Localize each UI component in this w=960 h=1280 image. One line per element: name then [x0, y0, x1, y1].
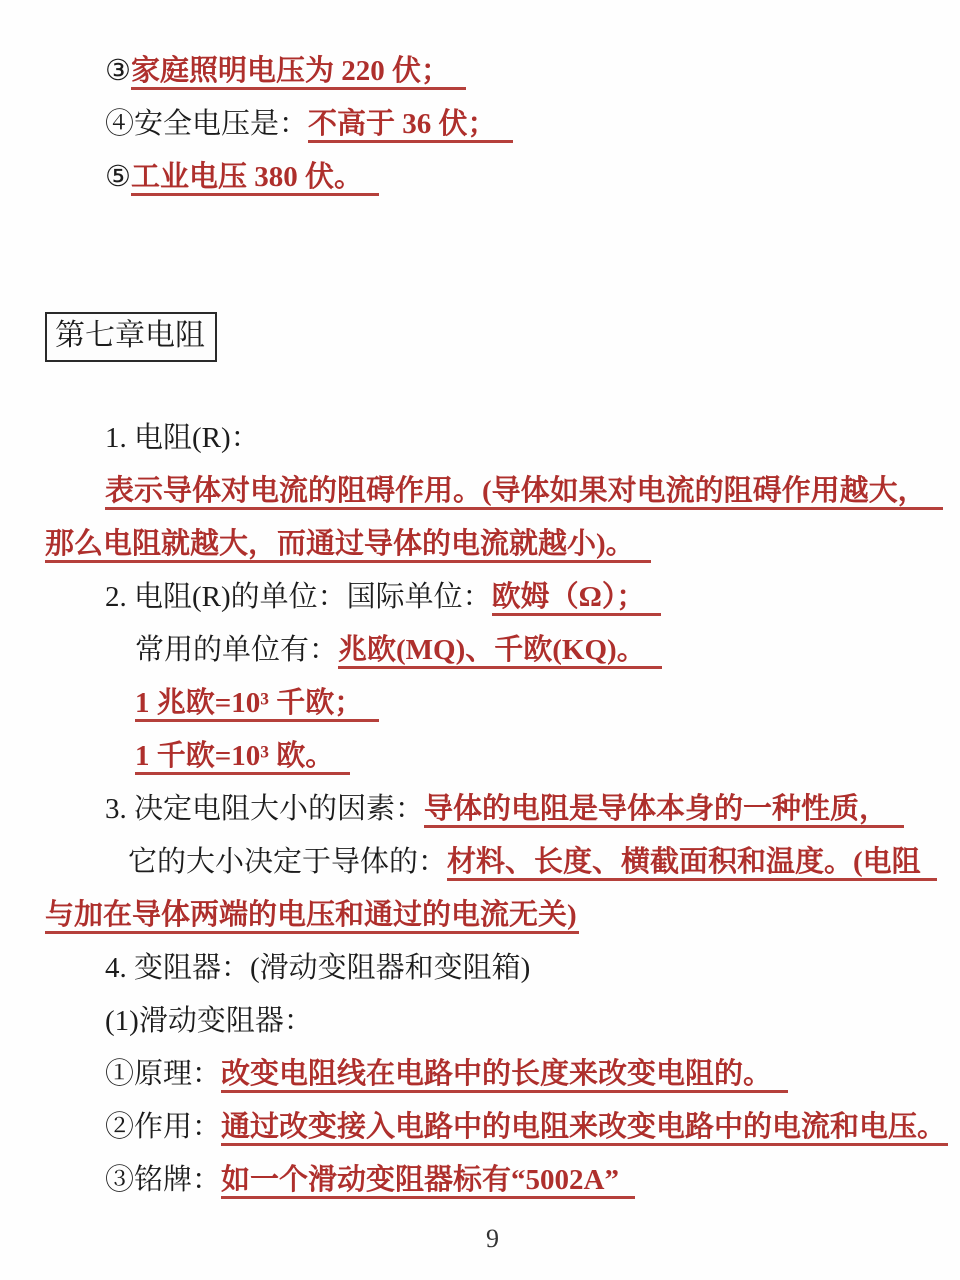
note-line-megohm-conversion: 1 兆欧=10³ 千欧；: [135, 677, 940, 730]
note-line-resistance-factors-1: 3. 决定电阻大小的因素：导体的电阻是导体本身的一种性质，: [105, 783, 940, 836]
note-line-home-voltage: ③家庭照明电压为 220 伏；: [105, 45, 940, 98]
line-answer-underlined: 1 千欧=10³ 欧。: [135, 740, 350, 775]
line-answer-underlined: 与加在导体两端的电压和通过的电流无关): [45, 899, 579, 934]
line-answer-underlined: 导体的电阻是导体本身的一种性质，: [424, 793, 904, 828]
line-answer-underlined: 通过改变接入电路中的电阻来改变电路中的电流和电压。: [221, 1111, 948, 1146]
note-line-safe-voltage: ④安全电压是：不高于 36 伏；: [105, 98, 940, 151]
line-label: ⑤: [105, 161, 131, 193]
line-answer-underlined: 欧姆（Ω）；: [492, 581, 662, 616]
note-line-resistance-def-2: 那么电阻就越大，而通过导体的电流就越小)。: [45, 518, 940, 571]
section-spacer: [45, 204, 940, 312]
line-label: 1. 电阻(R)：: [105, 422, 260, 454]
line-label: 它的大小决定于导体的：: [128, 846, 447, 878]
line-answer-underlined: 家庭照明电压为 220 伏；: [131, 55, 466, 90]
chapter-title-box: 第七章电阻: [45, 312, 217, 362]
line-answer-underlined: 表示导体对电流的阻碍作用。(导体如果对电流的阻碍作用越大，: [105, 475, 943, 510]
note-line-rheostat-principle: ①原理：改变电阻线在电路中的长度来改变电阻的。: [105, 1048, 940, 1101]
line-label: ②作用：: [105, 1111, 221, 1143]
line-answer-underlined: 兆欧(MQ)、千欧(KQ)。: [338, 634, 662, 669]
line-answer-underlined: 如一个滑动变阻器标有“5002A”: [221, 1164, 635, 1199]
line-label: 2. 电阻(R)的单位：国际单位：: [105, 581, 492, 613]
line-label: ④安全电压是：: [105, 108, 308, 140]
note-line-resistance-def-1: 表示导体对电流的阻碍作用。(导体如果对电流的阻碍作用越大，: [105, 465, 940, 518]
line-answer-underlined: 1 兆欧=10³ 千欧；: [135, 687, 379, 722]
note-line-kilohm-conversion: 1 千欧=10³ 欧。: [135, 730, 940, 783]
page-number: 9: [45, 1223, 940, 1255]
document-content: ③家庭照明电压为 220 伏； ④安全电压是：不高于 36 伏； ⑤工业电压 3…: [0, 0, 960, 1255]
chapter-heading-row: 第七章电阻: [45, 312, 940, 362]
line-label: 常用的单位有：: [135, 634, 338, 666]
line-answer-underlined: 那么电阻就越大，而通过导体的电流就越小)。: [45, 528, 651, 563]
document-page: ③家庭照明电压为 220 伏； ④安全电压是：不高于 36 伏； ⑤工业电压 3…: [0, 0, 960, 1280]
note-line-resistance-def-label: 1. 电阻(R)：: [105, 412, 940, 465]
line-label: 3. 决定电阻大小的因素：: [105, 793, 424, 825]
line-answer-underlined: 材料、长度、横截面积和温度。(电阻: [447, 846, 937, 881]
line-label: (1)滑动变阻器：: [105, 1005, 313, 1037]
line-answer-underlined: 不高于 36 伏；: [308, 108, 513, 143]
note-line-resistance-factors-3: 与加在导体两端的电压和通过的电流无关): [45, 889, 940, 942]
note-line-rheostat-nameplate: ③铭牌：如一个滑动变阻器标有“5002A”: [105, 1154, 940, 1207]
note-line-resistance-factors-2: 它的大小决定于导体的：材料、长度、横截面积和温度。(电阻: [128, 836, 940, 889]
note-line-sliding-rheostat-label: (1)滑动变阻器：: [105, 995, 940, 1048]
line-label: ③铭牌：: [105, 1164, 221, 1196]
line-label: 4. 变阻器：(滑动变阻器和变阻箱): [105, 952, 530, 984]
note-line-rheostat-function: ②作用：通过改变接入电路中的电阻来改变电路中的电流和电压。: [105, 1101, 940, 1154]
note-line-rheostat-label: 4. 变阻器：(滑动变阻器和变阻箱): [105, 942, 940, 995]
line-answer-underlined: 工业电压 380 伏。: [131, 161, 379, 196]
note-line-industrial-voltage: ⑤工业电压 380 伏。: [105, 151, 940, 204]
note-line-common-units: 常用的单位有：兆欧(MQ)、千欧(KQ)。: [135, 624, 940, 677]
note-line-resistance-unit: 2. 电阻(R)的单位：国际单位：欧姆（Ω）；: [105, 571, 940, 624]
line-label: ①原理：: [105, 1058, 221, 1090]
line-answer-underlined: 改变电阻线在电路中的长度来改变电阻的。: [221, 1058, 788, 1093]
line-label: ③: [105, 55, 131, 87]
section-spacer: [45, 362, 940, 412]
